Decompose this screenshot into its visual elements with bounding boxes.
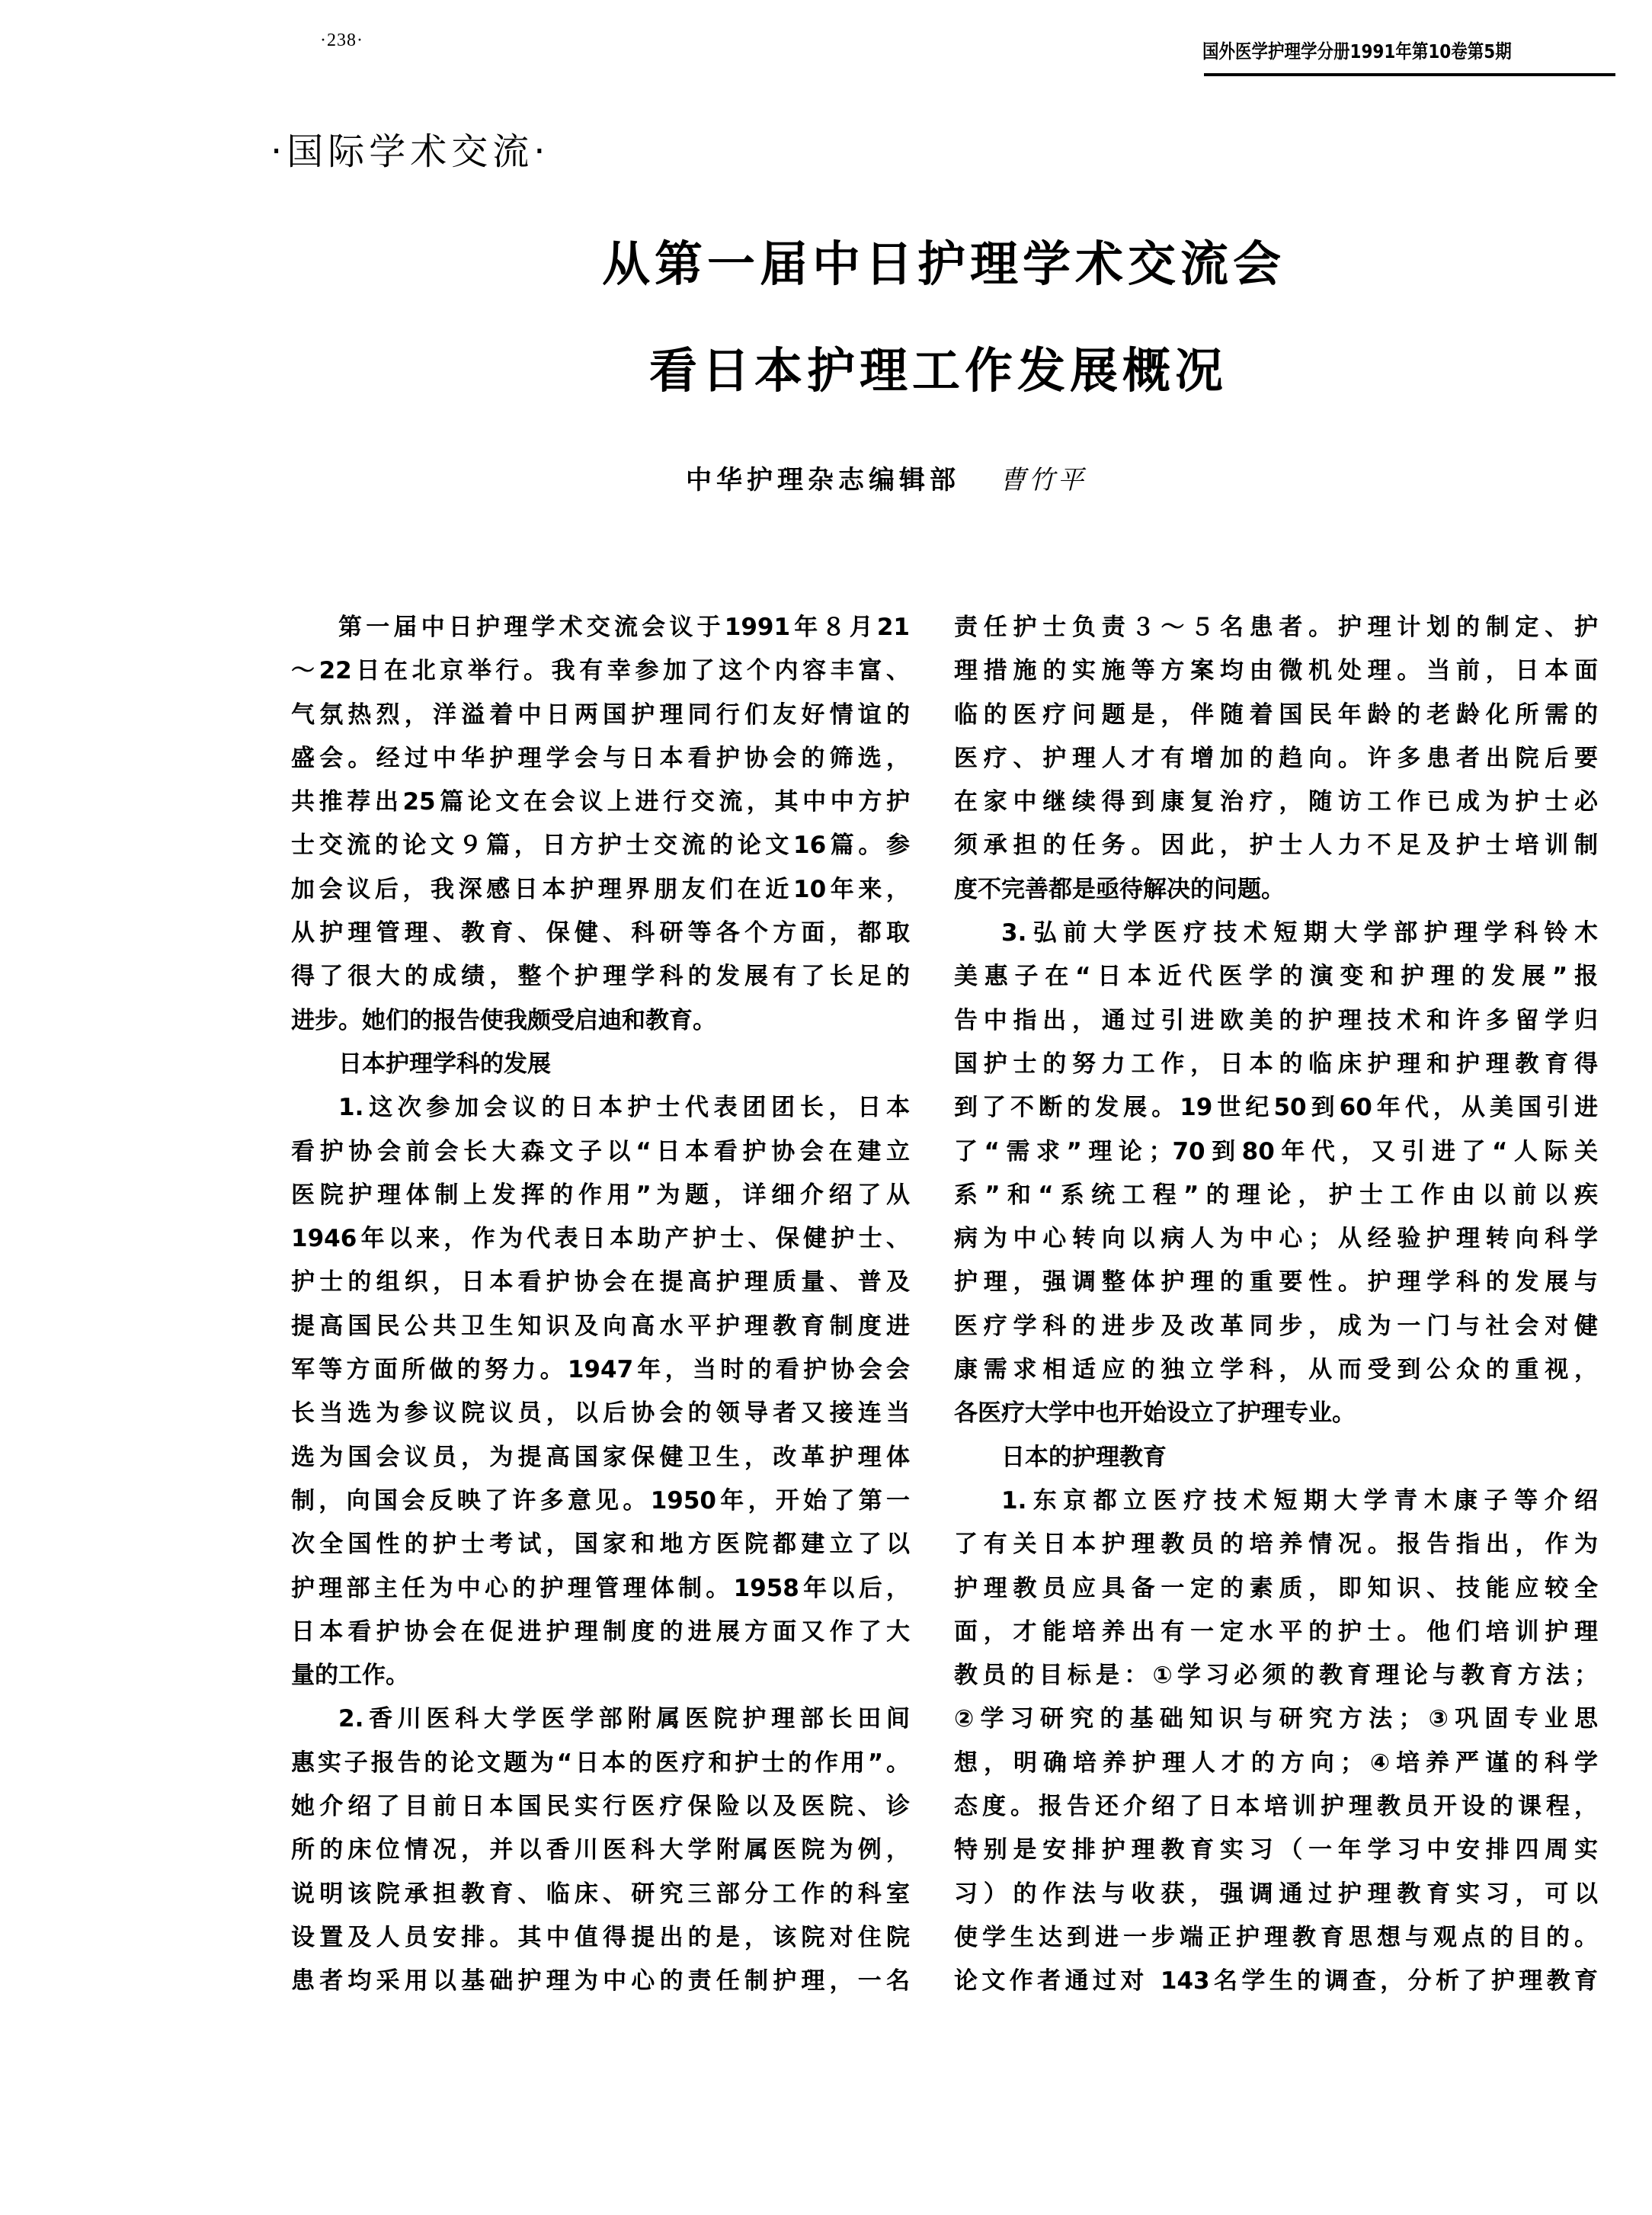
journal-running-header: 国外医学护理学分册1991年第10卷第5期 (1202, 37, 1512, 64)
text-line: 医疗学科的进步及改革同步，成为一门与社会对健 (954, 1305, 1598, 1348)
text-line: 了有关日本护理教员的培养情况。报告指出，作为 (954, 1523, 1598, 1566)
byline-author: 曹竹平 (1000, 465, 1087, 495)
text-line: 得了很大的成绩，整个护理学科的发展有了长足的 (291, 955, 910, 999)
right-column: 责任护士负责３～５名患者。护理计划的制定、护理措施的实施等方案均由微机处理。当前… (954, 606, 1598, 2004)
text-line: 惠实子报告的论文题为“日本的医疗和护士的作用”。 (291, 1742, 910, 1785)
text-line: 患者均采用以基础护理为中心的责任制护理，一名 (291, 1960, 910, 2003)
text-line: ②学习研究的基础知识与研究方法；③巩固专业思 (954, 1697, 1598, 1741)
text-line: 使学生达到进一步端正护理教育思想与观点的目的。 (954, 1916, 1598, 1960)
text-line: 护理，强调整体护理的重要性。护理学科的发展与 (954, 1261, 1598, 1304)
text-line: 制，向国会反映了许多意见。1950年，开始了第一 (291, 1479, 910, 1523)
text-line: 习）的作法与收获，强调通过护理教育实习，可以 (954, 1873, 1598, 1916)
text-line: 进步。她们的报告使我颇受启迪和教育。 (291, 999, 910, 1043)
text-line: 次全国性的护士考试，国家和地方医院都建立了以 (291, 1523, 910, 1566)
section-label: ·国际学术交流· (271, 122, 550, 175)
text-line: 量的工作。 (291, 1654, 910, 1697)
section-heading: 日本护理学科的发展 (291, 1043, 910, 1086)
text-line: 病为中心转向以病人为中心；从经验护理转向科学 (954, 1217, 1598, 1261)
text-line: 美惠子在“日本近代医学的演变和护理的发展”报 (954, 955, 1598, 999)
text-line: 3.弘前大学医疗技术短期大学部护理学科铃木 (954, 912, 1598, 955)
text-line: 医院护理体制上发挥的作用”为题，详细介绍了从 (291, 1174, 910, 1217)
text-line: 各医疗大学中也开始设立了护理专业。 (954, 1392, 1598, 1435)
text-line: 盛会。经过中华护理学会与日本看护协会的筛选， (291, 737, 910, 781)
text-line: 了“需求”理论；70到80年代，又引进了“人际关 (954, 1130, 1598, 1174)
text-line: 军等方面所做的努力。1947年，当时的看护协会会 (291, 1348, 910, 1392)
byline: 中华护理杂志编辑部 曹竹平 (686, 459, 1087, 496)
text-line: 特别是安排护理教育实习（一年学习中安排四周实 (954, 1829, 1598, 1872)
text-line: 1.东京都立医疗技术短期大学青木康子等介绍 (954, 1479, 1598, 1523)
text-line: 长当选为参议院议员，以后协会的领导者又接连当 (291, 1392, 910, 1435)
article-title-line-1: 从第一届中日护理学术交流会 (602, 226, 1285, 295)
text-line: 医疗、护理人才有增加的趋向。许多患者出院后要 (954, 737, 1598, 781)
text-line: 加会议后，我深感日本护理界朋友们在近10年来， (291, 868, 910, 912)
text-line: 1.这次参加会议的日本护士代表团团长，日本 (291, 1086, 910, 1130)
text-line: 国护士的努力工作，日本的临床护理和护理教育得 (954, 1043, 1598, 1086)
text-line: 第一届中日护理学术交流会议于1991年８月21 (291, 606, 910, 649)
text-line: 须承担的任务。因此，护士人力不足及护士培训制 (954, 824, 1598, 867)
text-line: 临的医疗问题是，伴随着国民年龄的老龄化所需的 (954, 694, 1598, 737)
text-line: 看护协会前会长大森文子以“日本看护协会在建立 (291, 1130, 910, 1174)
header-rule (1204, 73, 1615, 76)
text-line: 告中指出，通过引进欧美的护理技术和许多留学归 (954, 999, 1598, 1043)
text-line: 论文作者通过对 143名学生的调查，分析了护理教育 (954, 1960, 1598, 2003)
text-line: 说明该院承担教育、临床、研究三部分工作的科室 (291, 1873, 910, 1916)
text-line: 从护理管理、教育、保健、科研等各个方面，都取 (291, 912, 910, 955)
text-line: 士交流的论文９篇，日方护士交流的论文16篇。参 (291, 824, 910, 867)
text-line: 系”和“系统工程”的理论，护士工作由以前以疾 (954, 1174, 1598, 1217)
text-line: 想，明确培养护理人才的方向；④培养严谨的科学 (954, 1742, 1598, 1785)
text-line: 提高国民公共卫生知识及向高水平护理教育制度进 (291, 1305, 910, 1348)
page-number: ·238· (320, 30, 363, 51)
text-line: 康需求相适应的独立学科，从而受到公众的重视， (954, 1348, 1598, 1392)
text-line: 护理部主任为中心的护理管理体制。1958年以后， (291, 1567, 910, 1611)
article-title-line-2: 看日本护理工作发展概况 (649, 332, 1228, 402)
text-line: 设置及人员安排。其中值得提出的是，该院对住院 (291, 1916, 910, 1960)
text-line: 所的床位情况，并以香川医科大学附属医院为例， (291, 1829, 910, 1872)
text-line: 日本看护协会在促进护理制度的进展方面又作了大 (291, 1611, 910, 1654)
left-column: 第一届中日护理学术交流会议于1991年８月21～22日在北京举行。我有幸参加了这… (291, 606, 910, 2004)
text-line: 共推荐出25篇论文在会议上进行交流，其中中方护 (291, 781, 910, 824)
text-line: 在家中继续得到康复治疗，随访工作已成为护士必 (954, 781, 1598, 824)
byline-organization: 中华护理杂志编辑部 (686, 465, 960, 495)
text-line: 度不完善都是亟待解决的问题。 (954, 868, 1598, 912)
text-line: 护理教员应具备一定的素质，即知识、技能应较全 (954, 1567, 1598, 1611)
text-line: 她介绍了目前日本国民实行医疗保险以及医院、诊 (291, 1785, 910, 1829)
text-line: 1946年以来，作为代表日本助产护士、保健护士、 (291, 1217, 910, 1261)
section-heading: 日本的护理教育 (954, 1436, 1598, 1479)
text-line: 面，才能培养出有一定水平的护士。他们培训护理 (954, 1611, 1598, 1654)
text-line: 理措施的实施等方案均由微机处理。当前，日本面 (954, 649, 1598, 693)
text-line: 护士的组织，日本看护协会在提高护理质量、普及 (291, 1261, 910, 1304)
text-line: 责任护士负责３～５名患者。护理计划的制定、护 (954, 606, 1598, 649)
text-line: 教员的目标是：①学习必须的教育理论与教育方法； (954, 1654, 1598, 1697)
text-line: 到了不断的发展。19世纪50到60年代，从美国引进 (954, 1086, 1598, 1130)
text-line: ～22日在北京举行。我有幸参加了这个内容丰富、 (291, 649, 910, 693)
text-line: 2.香川医科大学医学部附属医院护理部长田间 (291, 1697, 910, 1741)
text-line: 选为国会议员，为提高国家保健卫生，改革护理体 (291, 1436, 910, 1479)
text-line: 态度。报告还介绍了日本培训护理教员开设的课程， (954, 1785, 1598, 1829)
text-line: 气氛热烈，洋溢着中日两国护理同行们友好情谊的 (291, 694, 910, 737)
